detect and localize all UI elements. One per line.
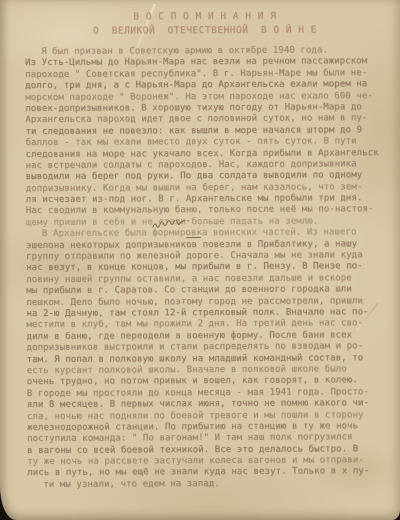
typewritten-line: ти мы узнали, что едем на запад. xyxy=(27,478,387,491)
page-content: В О С П О М И Н А Н И Я О ВЕЛИКОЙ ОТЕЧЕС… xyxy=(25,9,388,491)
body-lines: Я был призван в Советскую армию в октябр… xyxy=(25,45,387,491)
document-page: В О С П О М И Н А Н И Я О ВЕЛИКОЙ ОТЕЧЕС… xyxy=(0,0,400,520)
scan-background: В О С П О М И Н А Н И Я О ВЕЛИКОЙ ОТЕЧЕС… xyxy=(0,0,400,520)
document-subtitle: О ВЕЛИКОЙ ОТЕЧЕСТВЕННОЙ В О Й Н Е xyxy=(25,23,385,39)
